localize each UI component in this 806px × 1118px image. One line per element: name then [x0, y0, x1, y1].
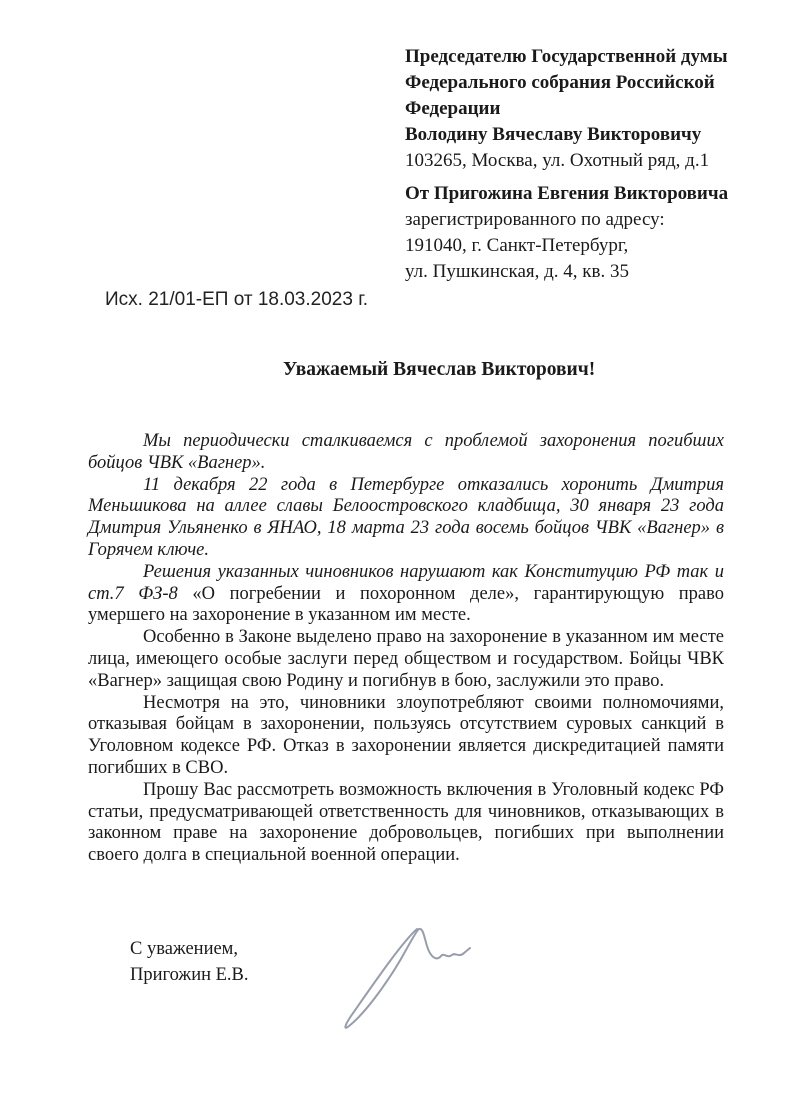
paragraph: 11 декабря 22 года в Петербурге отказали…	[88, 475, 724, 562]
closing-line: С уважением,	[130, 936, 249, 962]
paragraph: Решения указанных чиновников нарушают ка…	[88, 562, 724, 627]
sender-block: От Пригожина Евгения Викторовича зарегис…	[405, 181, 750, 285]
paragraph-regular-part: «О погребении и похоронном деле», гарант…	[88, 584, 724, 626]
recipient-line: Председателю Государственной думы	[405, 44, 750, 70]
sender-line: зарегистрированного по адресу:	[405, 207, 750, 233]
sender-address: 191040, г. Санкт-Петербург,	[405, 233, 750, 259]
paragraph: Несмотря на это, чиновники злоупотребляю…	[88, 693, 724, 780]
handwritten-signature-icon	[332, 912, 492, 1042]
sender-line: От Пригожина Евгения Викторовича	[405, 181, 750, 207]
sender-address: ул. Пушкинская, д. 4, кв. 35	[405, 259, 750, 285]
salutation: Уважаемый Вячеслав Викторович!	[283, 359, 595, 381]
recipient-address: 103265, Москва, ул. Охотный ряд, д.1	[405, 148, 750, 174]
closing-signatory: Пригожин Е.В.	[130, 962, 249, 988]
letter-body: Мы периодически сталкиваемся с проблемой…	[88, 431, 724, 867]
recipient-line: Федерации	[405, 96, 750, 122]
recipient-block: Председателю Государственной думы Федера…	[405, 44, 750, 174]
reference-number: Исх. 21/01-ЕП от 18.03.2023 г.	[105, 289, 368, 311]
letter-page: Председателю Государственной думы Федера…	[0, 0, 806, 1118]
paragraph: Мы периодически сталкиваемся с проблемой…	[88, 431, 724, 475]
recipient-line: Федерального собрания Российской	[405, 70, 750, 96]
paragraph: Особенно в Законе выделено право на захо…	[88, 627, 724, 692]
paragraph: Прошу Вас рассмотреть возможность включе…	[88, 780, 724, 867]
closing-block: С уважением, Пригожин Е.В.	[130, 936, 249, 988]
recipient-line: Володину Вячеславу Викторовичу	[405, 122, 750, 148]
